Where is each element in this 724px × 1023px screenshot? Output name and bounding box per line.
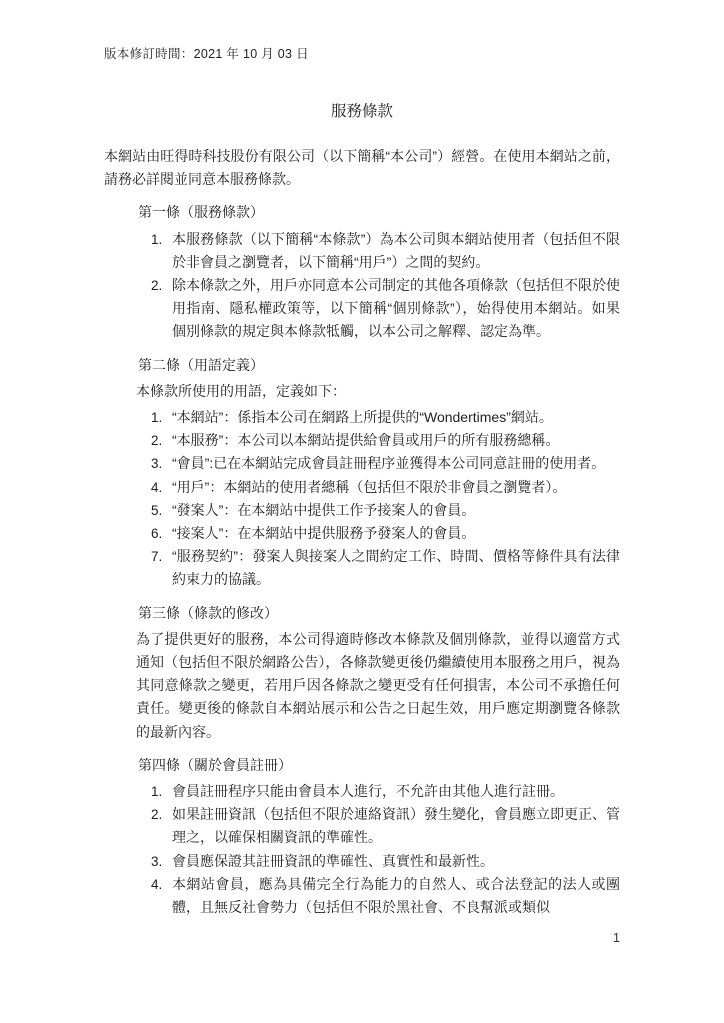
item-number: 2.: [151, 274, 172, 344]
terms-section: 第四條（關於會員註冊） 1. 會員註冊程序只能由會員本人進行，不允許由其他人進行…: [104, 754, 620, 919]
item-number: 4.: [151, 476, 172, 499]
terms-section: 第一條（服務條款） 1. 本服務條款（以下簡稱“本條款”）為本公司與本網站使用者…: [104, 201, 620, 343]
section-lead: 本條款所使用的用語，定義如下：: [136, 380, 620, 403]
item-text: 本服務條款（以下簡稱“本條款”）為本公司與本網站使用者（包括但不限於非會員之瀏覽…: [172, 228, 620, 274]
item-number: 3.: [151, 850, 172, 873]
intro-paragraph: 本網站由旺得時科技股份有限公司（以下簡稱“本公司”）經營。在使用本網站之前，請務…: [104, 145, 620, 191]
item-number: 7.: [151, 545, 172, 591]
item-number: 2.: [151, 803, 172, 849]
item-text: “會員”:已在本網站完成會員註冊程序並獲得本公司同意註冊的使用者。: [172, 452, 620, 475]
list-item: 5. “發案人”：在本網站中提供工作予接案人的會員。: [151, 499, 620, 522]
item-number: 1.: [151, 228, 172, 274]
numbered-list: 1. 本服務條款（以下簡稱“本條款”）為本公司與本網站使用者（包括但不限於非會員…: [104, 228, 620, 344]
section-lead: 為了提供更好的服務，本公司得適時修改本條款及個別條款，並得以適當方式通知（包括但…: [136, 628, 620, 744]
revision-date-line: 版本修訂時間：2021 年 10 月 03 日: [104, 46, 620, 62]
list-item: 7. “服務契約”：發案人與接案人之間約定工作、時間、價格等條件具有法律約束力的…: [151, 545, 620, 591]
list-item: 1. “本網站”：係指本公司在網路上所提供的“Wondertimes”網站。: [151, 406, 620, 429]
item-text: 除本條款之外，用戶亦同意本公司制定的其他各項條款（包括但不限於使用指南、隱私權政…: [172, 274, 620, 344]
list-item: 4. 本網站會員，應為具備完全行為能力的自然人、或合法登記的法人或團體，且無反社…: [151, 873, 620, 919]
terms-section: 第三條（條款的修改） 為了提供更好的服務，本公司得適時修改本條款及個別條款，並得…: [104, 602, 620, 744]
list-item: 2. “本服務”：本公司以本網站提供給會員或用戶的所有服務總稱。: [151, 429, 620, 452]
item-text: 會員註冊程序只能由會員本人進行，不允許由其他人進行註冊。: [172, 780, 620, 803]
list-item: 1. 本服務條款（以下簡稱“本條款”）為本公司與本網站使用者（包括但不限於非會員…: [151, 228, 620, 274]
numbered-list: 1. “本網站”：係指本公司在網路上所提供的“Wondertimes”網站。 2…: [104, 406, 620, 592]
item-text: “本網站”：係指本公司在網路上所提供的“Wondertimes”網站。: [172, 406, 620, 429]
item-number: 1.: [151, 780, 172, 803]
item-text: “接案人”：在本網站中提供服務予發案人的會員。: [172, 522, 620, 545]
item-text: 本網站會員，應為具備完全行為能力的自然人、或合法登記的法人或團體，且無反社會勢力…: [172, 873, 620, 919]
section-heading: 第二條（用語定義）: [138, 354, 620, 377]
page-title: 服務條款: [104, 102, 620, 122]
item-number: 2.: [151, 429, 172, 452]
item-text: 如果註冊資訊（包括但不限於連絡資訊）發生變化，會員應立即更正、管理之，以確保相關…: [172, 803, 620, 849]
terms-section: 第二條（用語定義） 本條款所使用的用語，定義如下： 1. “本網站”：係指本公司…: [104, 354, 620, 592]
document-page: 版本修訂時間：2021 年 10 月 03 日 服務條款 本網站由旺得時科技股份…: [0, 0, 724, 1023]
item-text: “用戶”：本網站的使用者總稱（包括但不限於非會員之瀏覽者）。: [172, 476, 620, 499]
item-number: 6.: [151, 522, 172, 545]
list-item: 3. “會員”:已在本網站完成會員註冊程序並獲得本公司同意註冊的使用者。: [151, 452, 620, 475]
section-heading: 第三條（條款的修改）: [138, 602, 620, 625]
list-item: 2. 除本條款之外，用戶亦同意本公司制定的其他各項條款（包括但不限於使用指南、隱…: [151, 274, 620, 344]
list-item: 3. 會員應保證其註冊資訊的準確性、真實性和最新性。: [151, 850, 620, 873]
item-number: 5.: [151, 499, 172, 522]
item-number: 4.: [151, 873, 172, 919]
item-text: “服務契約”：發案人與接案人之間約定工作、時間、價格等條件具有法律約束力的協議。: [172, 545, 620, 591]
page-number: 1: [613, 931, 620, 945]
section-heading: 第一條（服務條款）: [138, 201, 620, 224]
item-text: 會員應保證其註冊資訊的準確性、真實性和最新性。: [172, 850, 620, 873]
list-item: 6. “接案人”：在本網站中提供服務予發案人的會員。: [151, 522, 620, 545]
item-number: 3.: [151, 452, 172, 475]
section-heading: 第四條（關於會員註冊）: [138, 754, 620, 777]
numbered-list: 1. 會員註冊程序只能由會員本人進行，不允許由其他人進行註冊。 2. 如果註冊資…: [104, 780, 620, 919]
list-item: 1. 會員註冊程序只能由會員本人進行，不允許由其他人進行註冊。: [151, 780, 620, 803]
list-item: 4. “用戶”：本網站的使用者總稱（包括但不限於非會員之瀏覽者）。: [151, 476, 620, 499]
sections-container: 第一條（服務條款） 1. 本服務條款（以下簡稱“本條款”）為本公司與本網站使用者…: [104, 201, 620, 919]
item-number: 1.: [151, 406, 172, 429]
item-text: “發案人”：在本網站中提供工作予接案人的會員。: [172, 499, 620, 522]
item-text: “本服務”：本公司以本網站提供給會員或用戶的所有服務總稱。: [172, 429, 620, 452]
list-item: 2. 如果註冊資訊（包括但不限於連絡資訊）發生變化，會員應立即更正、管理之，以確…: [151, 803, 620, 849]
